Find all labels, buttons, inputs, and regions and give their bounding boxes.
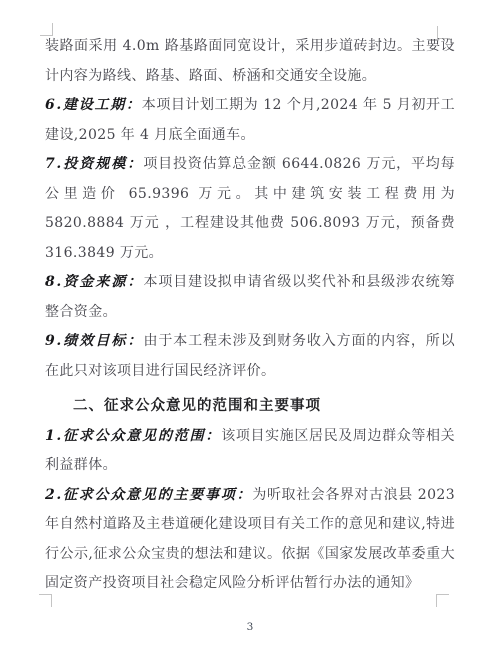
paragraph-item-7: 7.投资规模：项目投资估算总金额 6644.0826 万元，平均每公里造价 65… — [45, 150, 455, 268]
page-number: 3 — [0, 621, 500, 633]
paragraph-section-item-1: 1.征求公众意见的范围：该项目实施区居民及周边群众等相关利益群体。 — [45, 422, 455, 481]
item-7-label: 7.投资规模： — [45, 156, 143, 172]
paragraph-item-6: 6.建设工期：本项目计划工期为 12 个月,2024 年 5 月初开工建设,20… — [45, 91, 455, 150]
paragraph-continuation: 装路面采用 4.0m 路基路面同宽设计，采用步道砖封边。主要设计内容为路线、路基… — [45, 32, 455, 91]
item-9-label: 9.绩效目标： — [45, 333, 144, 349]
paragraph-item-9: 9.绩效目标：由于本工程未涉及到财务收入方面的内容，所以在此只对该项目进行国民经… — [45, 327, 455, 386]
paragraph-section-item-2: 2.征求公众意见的主要事项：为听取社会各界对古浪县 2023 年自然村道路及主巷… — [45, 481, 455, 599]
section-item-2-label: 2.征求公众意见的主要事项： — [45, 487, 252, 503]
section-heading: 二、征求公众意见的范围和主要事项 — [45, 392, 455, 422]
section-item-1-label: 1.征求公众意见的范围： — [45, 428, 221, 444]
paragraph-item-8: 8.资金来源：本项目建设拟申请省级以奖代补和县级涉农统筹整合资金。 — [45, 268, 455, 327]
page-content: 装路面采用 4.0m 路基路面同宽设计，采用步道砖封边。主要设计内容为路线、路基… — [45, 32, 455, 599]
item-6-label: 6.建设工期： — [45, 97, 142, 113]
document-page: 装路面采用 4.0m 路基路面同宽设计，采用步道砖封边。主要设计内容为路线、路基… — [0, 0, 500, 670]
item-8-label: 8.资金来源： — [45, 274, 144, 290]
